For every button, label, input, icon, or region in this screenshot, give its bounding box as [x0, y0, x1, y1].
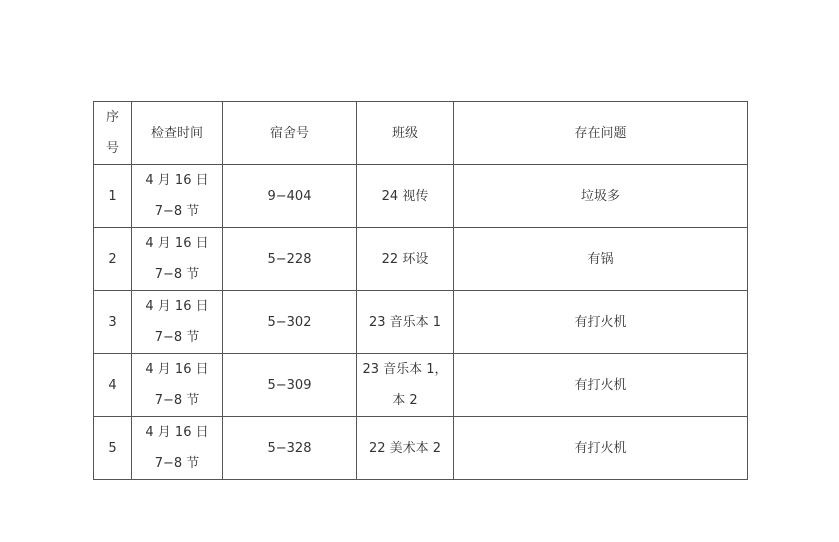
- cell-date: 4 月 16 日: [132, 354, 222, 385]
- cell-period: 7−8 节: [132, 322, 222, 353]
- cell-issue: 有打火机: [454, 417, 748, 480]
- header-class: 班级: [357, 102, 454, 165]
- inspection-table: 序 号 检查时间 宿舍号 班级 存在问题 1 4 月 16 日 7−8 节 9−…: [93, 101, 748, 480]
- cell-class-line2: 本 2: [357, 385, 453, 416]
- table-row: 2 4 月 16 日 7−8 节 5−228 22 环设 有锅: [94, 228, 748, 291]
- cell-index: 1: [94, 165, 132, 228]
- table-row: 4 4 月 16 日 7−8 节 5−309 23 音乐本 1， 本 2 有打火…: [94, 354, 748, 417]
- cell-dorm: 5−228: [223, 228, 357, 291]
- cell-period: 7−8 节: [132, 385, 222, 416]
- header-issue: 存在问题: [454, 102, 748, 165]
- cell-class: 23 音乐本 1: [357, 291, 454, 354]
- table-row: 1 4 月 16 日 7−8 节 9−404 24 视传 垃圾多: [94, 165, 748, 228]
- cell-dorm: 5−328: [223, 417, 357, 480]
- cell-dorm: 5−302: [223, 291, 357, 354]
- cell-dorm: 9−404: [223, 165, 357, 228]
- header-index-line2: 号: [94, 133, 131, 164]
- cell-index: 4: [94, 354, 132, 417]
- cell-issue: 有锅: [454, 228, 748, 291]
- cell-dorm: 5−309: [223, 354, 357, 417]
- cell-index: 3: [94, 291, 132, 354]
- header-index-line1: 序: [94, 102, 131, 133]
- cell-index: 2: [94, 228, 132, 291]
- cell-period: 7−8 节: [132, 196, 222, 227]
- cell-period: 7−8 节: [132, 259, 222, 290]
- cell-period: 7−8 节: [132, 448, 222, 479]
- cell-class-line1: 23 音乐本 1，: [357, 354, 453, 385]
- cell-time: 4 月 16 日 7−8 节: [132, 165, 223, 228]
- cell-issue: 有打火机: [454, 354, 748, 417]
- cell-date: 4 月 16 日: [132, 228, 222, 259]
- cell-issue: 垃圾多: [454, 165, 748, 228]
- cell-time: 4 月 16 日 7−8 节: [132, 291, 223, 354]
- cell-date: 4 月 16 日: [132, 291, 222, 322]
- cell-date: 4 月 16 日: [132, 417, 222, 448]
- table-row: 5 4 月 16 日 7−8 节 5−328 22 美术本 2 有打火机: [94, 417, 748, 480]
- header-index: 序 号: [94, 102, 132, 165]
- cell-time: 4 月 16 日 7−8 节: [132, 417, 223, 480]
- table-header-row: 序 号 检查时间 宿舍号 班级 存在问题: [94, 102, 748, 165]
- cell-issue: 有打火机: [454, 291, 748, 354]
- cell-index: 5: [94, 417, 132, 480]
- cell-time: 4 月 16 日 7−8 节: [132, 354, 223, 417]
- cell-time: 4 月 16 日 7−8 节: [132, 228, 223, 291]
- header-time: 检查时间: [132, 102, 223, 165]
- header-dorm: 宿舍号: [223, 102, 357, 165]
- cell-class: 22 环设: [357, 228, 454, 291]
- cell-class: 23 音乐本 1， 本 2: [357, 354, 454, 417]
- cell-date: 4 月 16 日: [132, 165, 222, 196]
- cell-class: 22 美术本 2: [357, 417, 454, 480]
- cell-class: 24 视传: [357, 165, 454, 228]
- table-row: 3 4 月 16 日 7−8 节 5−302 23 音乐本 1 有打火机: [94, 291, 748, 354]
